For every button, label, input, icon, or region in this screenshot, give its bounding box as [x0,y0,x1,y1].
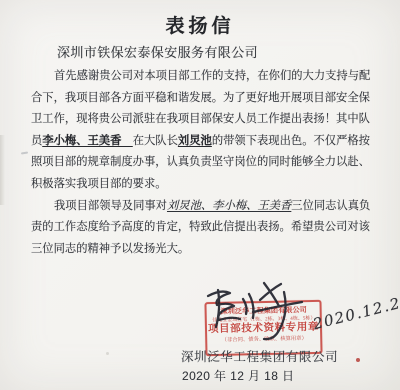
stamp-disclaimer-line: （非合同、债务、收款、核算用章） [221,334,306,343]
body-text-segment: 三位同志认真负 [291,200,370,212]
body-line: 三位同志的精神予以发扬光大。 [31,239,371,261]
body-text-segment: 卫工作，现将贵公司派驻在我项目部保安人员工作提出表扬！其中队 [31,113,370,125]
scan-artifact-dash [21,152,28,155]
body-text-segment: 责的工作态度给予高度的肯定，特致此信提出表扬。希望贵公司对该 [31,221,370,233]
scanned-letter: 表扬信 深圳市铁保宏泰保安服务有限公司 首先感谢贵公司对本项目部工作的支持，在你… [0,0,400,390]
recipient-line: 深圳市铁保宏泰保安服务有限公司 [57,42,258,61]
scan-artifact-red-dot [356,358,360,362]
scan-artifact-gray-dot [106,352,109,355]
signature-stroke [260,284,281,300]
body-line: 合下，我项目部各方面平稳和谐发展。为了更好地开展项目部安全保 [31,88,371,110]
scan-edge-smudge [0,135,5,205]
body-text-segment: 照项目部的规章制度办事，认真负责坚守岗位的同时能够全力以赴、 [31,156,370,168]
letter-title: 表扬信 [0,11,400,38]
body-line: 首先感谢贵公司对本项目部工作的支持，在你们的大力支持与配 [31,66,371,88]
body-line: 员李小梅、王美香 在大队长刘炅池的带领下表现出色。不仅严格按 [31,131,371,153]
letter-body: 首先感谢贵公司对本项目部工作的支持，在你们的大力支持与配合下，我项目部各方面平稳… [31,66,371,260]
sender-company-line: 深圳泛华工程集团有限公司 [181,347,338,365]
body-text-segment: 在大队长 [133,135,178,147]
body-text-segment: 积极落实我项目部的要求。 [31,178,167,190]
body-line: 照项目部的规章制度办事，认真负责坚守岗位的同时能够全力以赴、 [31,152,371,174]
highlighted-name-segment: 刘炅池、李小梅、王美香 [167,200,291,212]
body-text-segment: 三位同志的精神予以发扬光大。 [31,243,189,255]
body-line: 卫工作，现将贵公司派驻在我项目部保安人员工作提出表扬！其中队 [31,109,371,131]
body-text-segment: 员 [31,135,42,147]
highlighted-name-segment: 刘炅池 [178,135,212,147]
body-text-segment: 我项目部领导及同事对 [54,200,167,212]
body-text-segment: 首先感谢贵公司对本项目部工作的支持，在你们的大力支持与配 [54,70,370,82]
body-text-segment: 合下，我项目部各方面平稳和谐发展。为了更好地开展项目部安全保 [31,92,370,104]
highlighted-name-segment: 李小梅、王美香 [42,135,132,147]
body-line: 我项目部领导及同事对刘炅池、李小梅、王美香三位同志认真负 [31,196,371,218]
body-line: 积极落实我项目部的要求。 [31,174,371,196]
body-text-segment: 的带领下表现出色。不仅严格按 [212,135,370,147]
handwritten-date: 2020.12.21 [311,293,400,333]
body-line: 责的工作态度给予高度的肯定，特致此信提出表扬。希望贵公司对该 [31,217,371,239]
letter-date-line: 2020 年 12 月 18 日 [182,367,294,384]
